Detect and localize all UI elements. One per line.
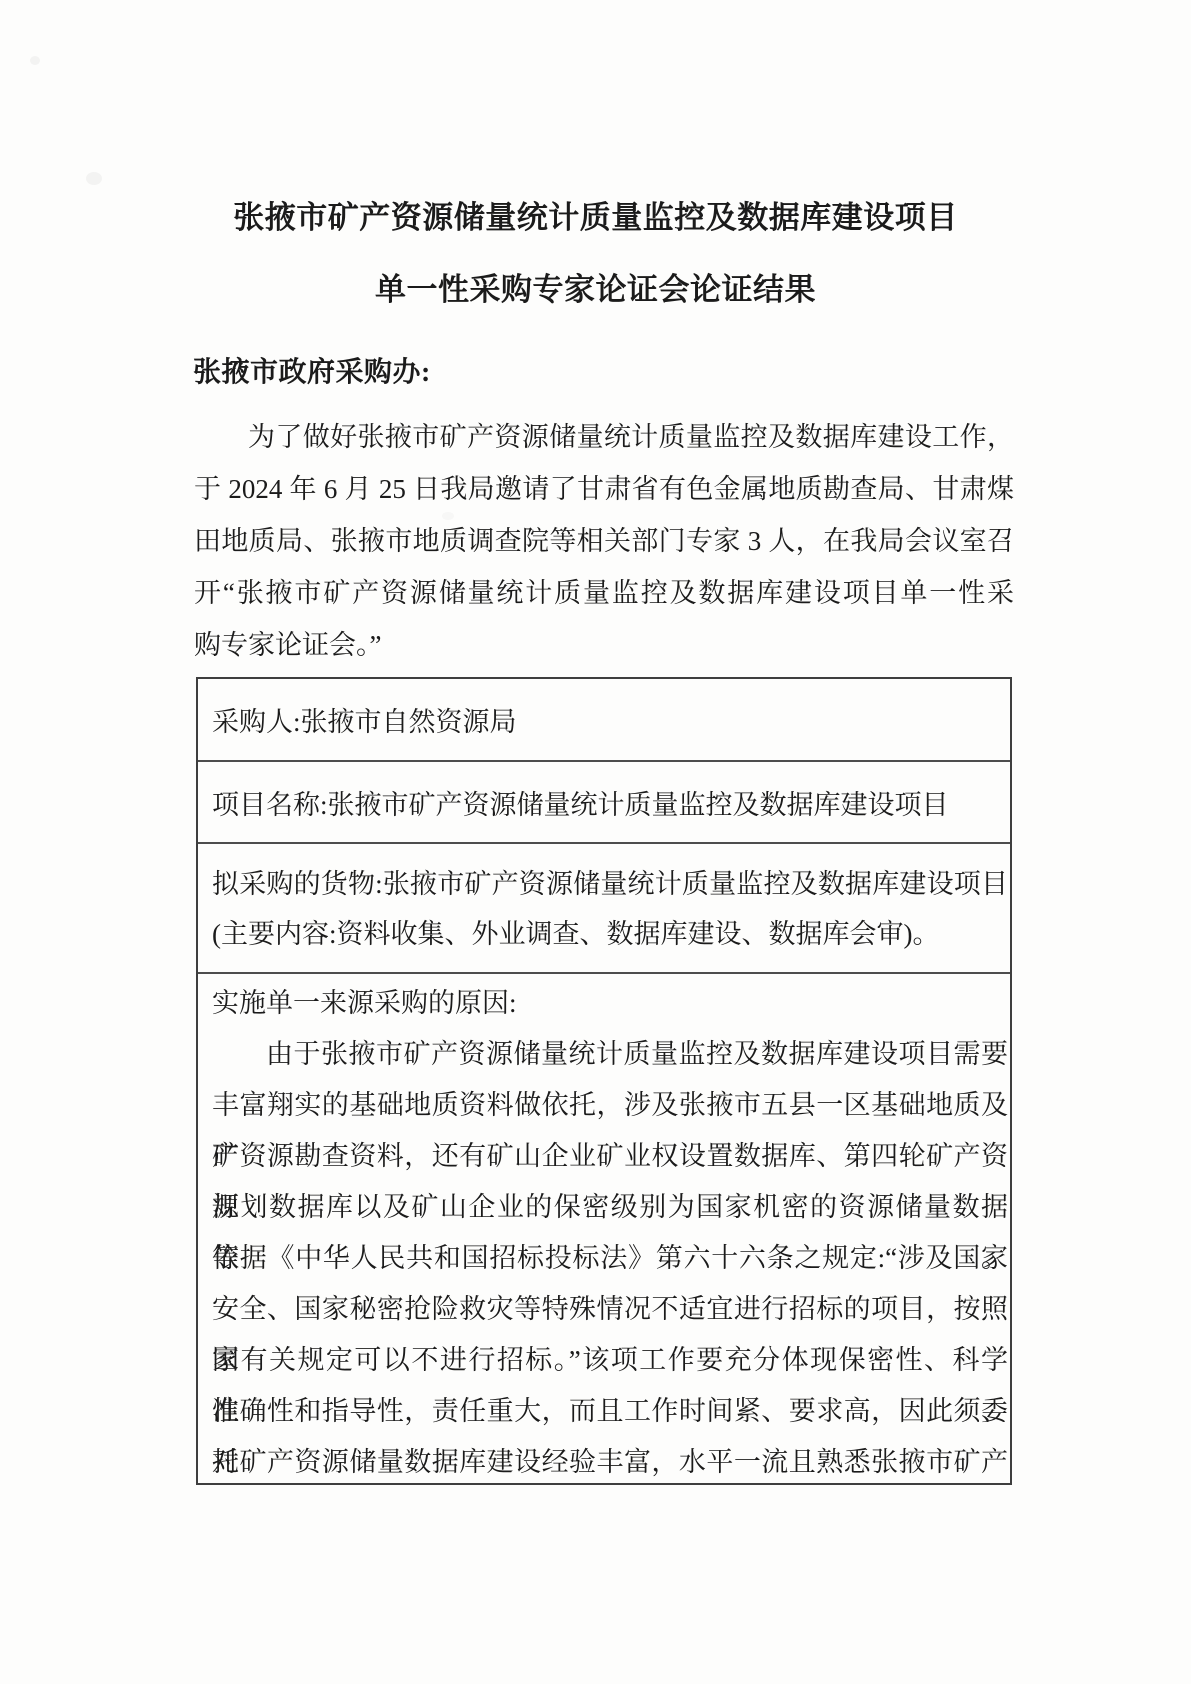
text-line: 家有关规定可以不进行招标。”该项工作要充分体现保密性、科学性、 — [212, 1335, 1008, 1386]
project-name-value: 项目名称:张掖市矿产资源储量统计质量监控及数据库建设项目 — [212, 783, 949, 822]
document-title-line2: 单一性采购专家论证会论证结果 — [0, 268, 1191, 312]
procurement-info-table: 采购人:张掖市自然资源局 项目名称:张掖市矿产资源储量统计质量监控及数据库建设项… — [196, 677, 1012, 1485]
text-line: 于 2024 年 6 月 25 日我局邀请了甘肃省有色金属地质勘查局、甘肃煤 — [194, 463, 1014, 515]
text-line: 田地质局、张掖市地质调查院等相关部门专家 3 人，在我局会议室召 — [194, 515, 1014, 567]
scan-smudge — [30, 56, 40, 65]
text-line: 产资源勘查资料，还有矿山企业矿业权设置数据库、第四轮矿产资源 — [212, 1131, 1008, 1182]
text-line: 由于张掖市矿产资源储量统计质量监控及数据库建设项目需要 — [212, 1029, 1008, 1080]
text-line: 为了做好张掖市矿产资源储量统计质量监控及数据库建设工作， — [194, 411, 1014, 463]
text-line: 购专家论证会。” — [194, 619, 1014, 671]
document-title-line1: 张掖市矿产资源储量统计质量监控及数据库建设项目 — [0, 196, 1191, 240]
text-line: 规划数据库以及矿山企业的保密级别为国家机密的资源储量数据等。 — [212, 1182, 1008, 1233]
table-row-purchaser: 采购人:张掖市自然资源局 — [198, 679, 1010, 760]
document-page: 张掖市矿产资源储量统计质量监控及数据库建设项目 单一性采购专家论证会论证结果 张… — [0, 0, 1191, 1684]
text-line: 准确性和指导性，责任重大，而且工作时间紧、要求高，因此须委托 — [212, 1386, 1008, 1437]
table-row-goods: 拟采购的货物:张掖市矿产资源储量统计质量监控及数据库建设项目(主要内容:资料收集… — [198, 842, 1010, 972]
text-line: 安全、国家秘密抢险救灾等特殊情况不适宜进行招标的项目，按照国 — [212, 1284, 1008, 1335]
intro-paragraph: 为了做好张掖市矿产资源储量统计质量监控及数据库建设工作，于 2024 年 6 月… — [194, 411, 1014, 671]
reason-paragraph: 由于张掖市矿产资源储量统计质量监控及数据库建设项目需要丰富翔实的基础地质资料做依… — [212, 1029, 1008, 1483]
text-line: 开“张掖市矿产资源储量统计质量监控及数据库建设项目单一性采 — [194, 567, 1014, 619]
text-line: 丰富翔实的基础地质资料做依托，涉及张掖市五县一区基础地质及矿 — [212, 1080, 1008, 1131]
salutation: 张掖市政府采购办: — [193, 350, 431, 390]
purchaser-value: 采购人:张掖市自然资源局 — [212, 700, 517, 739]
table-row-reason: 实施单一来源采购的原因: 由于张掖市矿产资源储量统计质量监控及数据库建设项目需要… — [198, 972, 1010, 1483]
text-line: 对矿产资源储量数据库建设经验丰富，水平一流且熟悉张掖市矿产资 — [212, 1437, 1008, 1483]
reason-heading: 实施单一来源采购的原因: — [212, 978, 1008, 1029]
scan-smudge — [86, 172, 102, 185]
text-line: (主要内容:资料收集、外业调查、数据库建设、数据库会审)。 — [212, 909, 1008, 959]
text-line: 依据《中华人民共和国招标投标法》第六十六条之规定:“涉及国家 — [212, 1233, 1008, 1284]
table-row-project-name: 项目名称:张掖市矿产资源储量统计质量监控及数据库建设项目 — [198, 760, 1010, 842]
text-line: 拟采购的货物:张掖市矿产资源储量统计质量监控及数据库建设项目 — [212, 859, 1008, 909]
